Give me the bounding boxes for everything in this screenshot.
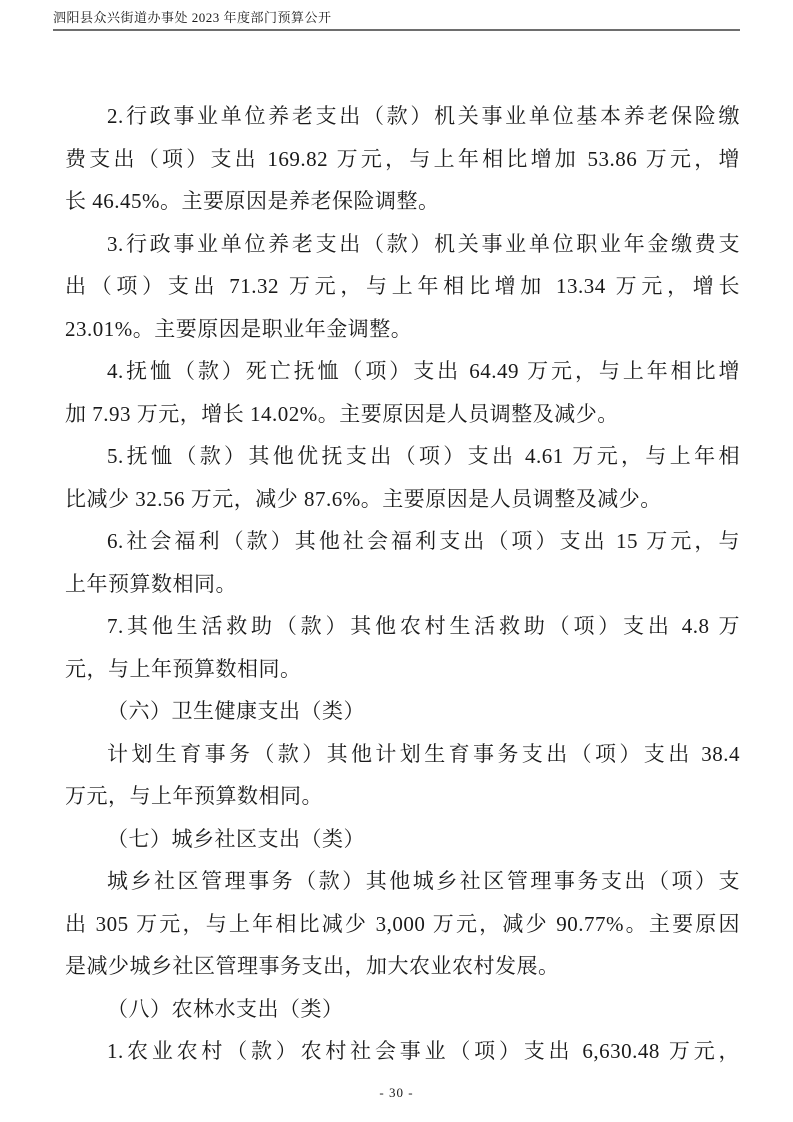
paragraph: 1.农业农村（款）农村社会事业（项）支出 6,630.48 万元，	[65, 1030, 740, 1073]
paragraph-line: 5.抚恤（款）其他优抚支出（项）支出 4.61 万元，与上年相	[65, 435, 740, 478]
paragraph-line: 7.其他生活救助（款）其他农村生活救助（项）支出 4.8 万	[65, 605, 740, 648]
paragraph-line: 出（项）支出 71.32 万元，与上年相比增加 13.34 万元，增长	[65, 265, 740, 308]
paragraph: 3.行政事业单位养老支出（款）机关事业单位职业年金缴费支出（项）支出 71.32…	[65, 223, 740, 351]
paragraph-line: 6.社会福利（款）其他社会福利支出（项）支出 15 万元，与	[65, 520, 740, 563]
paragraph: （七）城乡社区支出（类）	[65, 818, 740, 861]
paragraph: （八）农林水支出（类）	[65, 988, 740, 1031]
paragraph-line: 2.行政事业单位养老支出（款）机关事业单位基本养老保险缴	[65, 95, 740, 138]
paragraph: 计划生育事务（款）其他计划生育事务支出（项）支出 38.4万元，与上年预算数相同…	[65, 733, 740, 818]
paragraph: 城乡社区管理事务（款）其他城乡社区管理事务支出（项）支出 305 万元，与上年相…	[65, 860, 740, 988]
paragraph: 6.社会福利（款）其他社会福利支出（项）支出 15 万元，与上年预算数相同。	[65, 520, 740, 605]
paragraph-line: 出 305 万元，与上年相比减少 3,000 万元，减少 90.77%。主要原因	[65, 903, 740, 946]
paragraph: 2.行政事业单位养老支出（款）机关事业单位基本养老保险缴费支出（项）支出 169…	[65, 95, 740, 223]
paragraph: （六）卫生健康支出（类）	[65, 690, 740, 733]
paragraph-line: 3.行政事业单位养老支出（款）机关事业单位职业年金缴费支	[65, 223, 740, 266]
paragraph: 5.抚恤（款）其他优抚支出（项）支出 4.61 万元，与上年相比减少 32.56…	[65, 435, 740, 520]
paragraph-line: 是减少城乡社区管理事务支出，加大农业农村发展。	[65, 945, 740, 988]
paragraph-line: （七）城乡社区支出（类）	[65, 818, 740, 861]
document-body: 2.行政事业单位养老支出（款）机关事业单位基本养老保险缴费支出（项）支出 169…	[65, 95, 740, 1073]
paragraph-line: 23.01%。主要原因是职业年金调整。	[65, 308, 740, 351]
paragraph-line: 元，与上年预算数相同。	[65, 648, 740, 691]
document-page: 泗阳县众兴街道办事处 2023 年度部门预算公开 2.行政事业单位养老支出（款）…	[0, 0, 793, 1122]
paragraph-line: 费支出（项）支出 169.82 万元，与上年相比增加 53.86 万元，增	[65, 138, 740, 181]
paragraph-line: 长 46.45%。主要原因是养老保险调整。	[65, 180, 740, 223]
paragraph-line: 加 7.93 万元，增长 14.02%。主要原因是人员调整及减少。	[65, 393, 740, 436]
paragraph-line: 4.抚恤（款）死亡抚恤（项）支出 64.49 万元，与上年相比增	[65, 350, 740, 393]
page-footer: - 30 -	[0, 1084, 793, 1102]
paragraph-line: 1.农业农村（款）农村社会事业（项）支出 6,630.48 万元，	[65, 1030, 740, 1073]
paragraph-line: 上年预算数相同。	[65, 563, 740, 606]
paragraph-line: （六）卫生健康支出（类）	[65, 690, 740, 733]
paragraph: 7.其他生活救助（款）其他农村生活救助（项）支出 4.8 万元，与上年预算数相同…	[65, 605, 740, 690]
paragraph-line: 计划生育事务（款）其他计划生育事务支出（项）支出 38.4	[65, 733, 740, 776]
paragraph-line: 比减少 32.56 万元，减少 87.6%。主要原因是人员调整及减少。	[65, 478, 740, 521]
header-rule	[53, 29, 740, 31]
paragraph: 4.抚恤（款）死亡抚恤（项）支出 64.49 万元，与上年相比增加 7.93 万…	[65, 350, 740, 435]
paragraph-line: 万元，与上年预算数相同。	[65, 775, 740, 818]
page-number: - 30 -	[379, 1085, 413, 1100]
header-title: 泗阳县众兴街道办事处 2023 年度部门预算公开	[53, 10, 332, 25]
paragraph-line: （八）农林水支出（类）	[65, 988, 740, 1031]
paragraph-line: 城乡社区管理事务（款）其他城乡社区管理事务支出（项）支	[65, 860, 740, 903]
page-header: 泗阳县众兴街道办事处 2023 年度部门预算公开	[53, 9, 740, 27]
